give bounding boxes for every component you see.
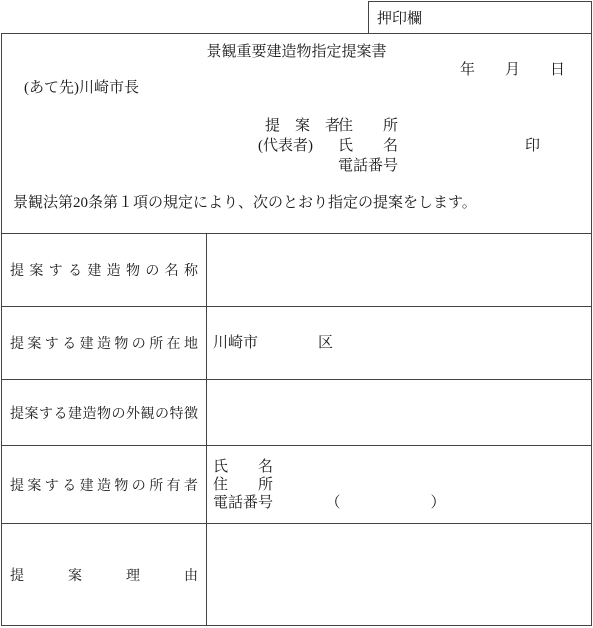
proposer-label: 提 案 者 bbox=[258, 116, 338, 136]
table-row-proposal-reason: 提案理由 bbox=[2, 523, 591, 625]
table-row-building-name: 提案する建造物の名称 bbox=[2, 233, 591, 306]
row-label-location: 提案する建造物の所在地 bbox=[2, 307, 207, 379]
row-value-proposal-reason[interactable] bbox=[207, 524, 591, 625]
row-value-owner[interactable]: 氏 名 住 所 電話番号 （ ） bbox=[207, 446, 591, 523]
proposer-line-phone: 電話番号 bbox=[258, 156, 591, 176]
statement-line: 景観法第20条第１項の規定により、次のとおり指定の提案をします。 bbox=[2, 194, 591, 212]
proposer-phone-label: 電話番号 bbox=[338, 156, 398, 176]
form-frame: 景観重要建造物指定提案書 年 月 日 (あて先)川崎市長 提 案 者 住 所 (… bbox=[1, 33, 592, 626]
row-value-building-name[interactable] bbox=[207, 234, 591, 306]
table-row-owner: 提案する建造物の所有者 氏 名 住 所 電話番号 （ ） bbox=[2, 445, 591, 523]
representative-label: (代表者) bbox=[258, 136, 338, 156]
date-line: 年 月 日 bbox=[2, 61, 591, 79]
form-title: 景観重要建造物指定提案書 bbox=[2, 43, 591, 61]
owner-address-line: 住 所 bbox=[213, 476, 591, 494]
proposer-block: 提 案 者 住 所 (代表者) 氏 名 電話番号 印 bbox=[2, 116, 591, 176]
row-value-location[interactable]: 川崎市 区 bbox=[207, 307, 591, 379]
seal-stamp-box-label: 押印欄 bbox=[377, 7, 422, 28]
table-row-exterior-features: 提案する建造物の外観の特徴 bbox=[2, 379, 591, 445]
owner-phone-line: 電話番号 （ ） bbox=[213, 494, 591, 512]
proposer-address-label: 住 所 bbox=[338, 116, 398, 136]
row-label-proposal-reason: 提案理由 bbox=[2, 524, 207, 625]
form-table: 提案する建造物の名称 提案する建造物の所在地 川崎市 区 提案する建造物の外観の… bbox=[2, 233, 591, 625]
row-value-exterior-features[interactable] bbox=[207, 380, 591, 445]
proposer-name-label: 氏 名 bbox=[338, 136, 398, 156]
proposer-col1-spacer bbox=[258, 156, 338, 176]
addressee-line: (あて先)川崎市長 bbox=[2, 79, 591, 97]
proposer-line-address: 提 案 者 住 所 bbox=[258, 116, 591, 136]
owner-name-line: 氏 名 bbox=[213, 458, 591, 476]
proposal-form-page: 押印欄 景観重要建造物指定提案書 年 月 日 (あて先)川崎市長 提 案 者 住… bbox=[0, 0, 593, 628]
seal-mark: 印 bbox=[525, 136, 540, 156]
seal-stamp-box: 押印欄 bbox=[368, 1, 592, 33]
form-header: 景観重要建造物指定提案書 年 月 日 (あて先)川崎市長 提 案 者 住 所 (… bbox=[2, 34, 591, 233]
table-row-location: 提案する建造物の所在地 川崎市 区 bbox=[2, 306, 591, 379]
proposer-line-name: (代表者) 氏 名 bbox=[258, 136, 591, 156]
row-label-exterior-features: 提案する建造物の外観の特徴 bbox=[2, 380, 207, 445]
row-label-owner: 提案する建造物の所有者 bbox=[2, 446, 207, 523]
row-label-building-name: 提案する建造物の名称 bbox=[2, 234, 207, 306]
